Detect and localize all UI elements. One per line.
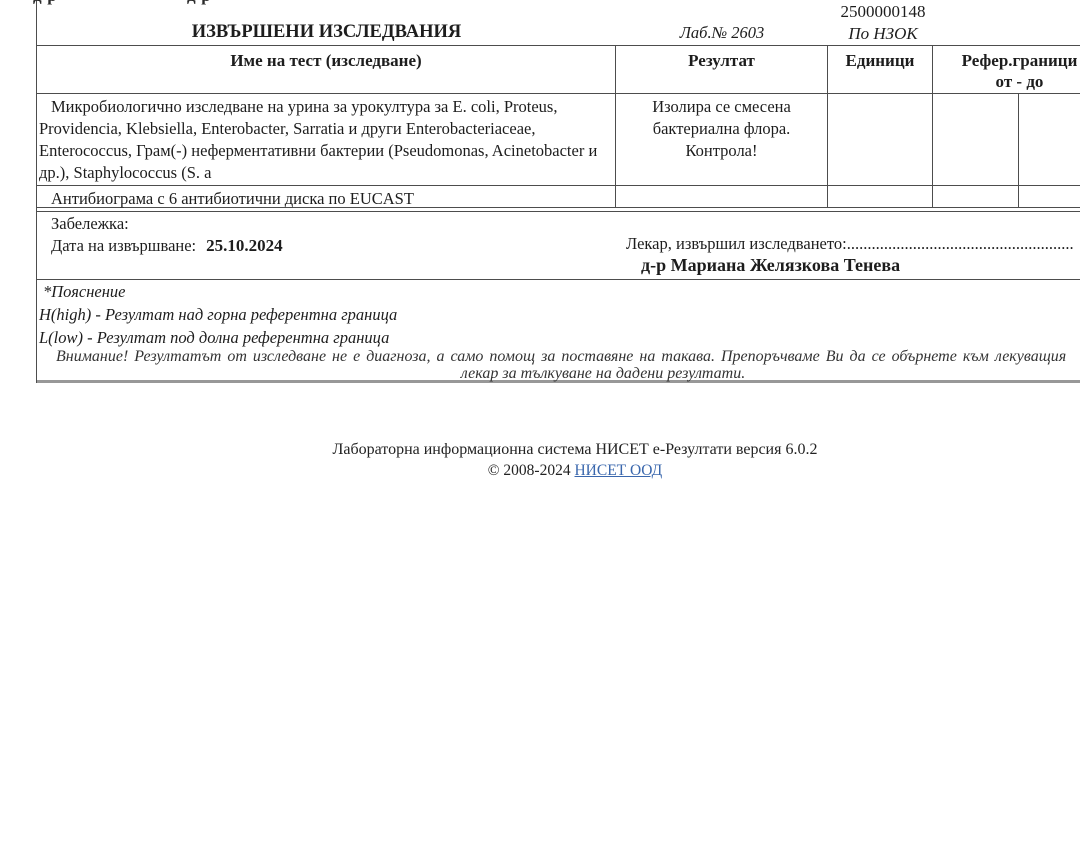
note-section: Забележка: Дата на извършване:25.10.2024…	[37, 211, 1080, 280]
result-cell: Изолира се смесена бактериална флора. Ко…	[616, 94, 828, 185]
lab-report-document: д-р д-р ИЗВЪРШЕНИ ИЗСЛЕДВАНИЯ Лаб.№ 2603…	[36, 0, 1080, 383]
nzok-block: 2500000148 По НЗОК	[801, 1, 965, 44]
ref-from-cell	[933, 186, 1019, 207]
warning-line-2: лекар за тълкуване на дадени резултати.	[461, 365, 745, 383]
doctor-signature-line: Лекар, извършил изследването:...........…	[626, 234, 1074, 254]
date-value: 25.10.2024	[206, 236, 283, 255]
report-title-row: ИЗВЪРШЕНИ ИЗСЛЕДВАНИЯ Лаб.№ 2603 2500000…	[37, 0, 1080, 46]
table-row: Антибиограма с 6 антибиотични диска по E…	[37, 186, 1080, 208]
ref-to-cell	[1019, 94, 1080, 185]
legend-title: *Пояснение	[43, 282, 125, 302]
doctor-name: д-р Мариана Желязкова Тенева	[641, 255, 900, 276]
legend-low-line: L(low) - Резултат под долна референтна г…	[39, 328, 389, 348]
doctor-label: Лекар, извършил изследването:	[626, 234, 847, 253]
units-cell	[828, 186, 933, 207]
column-header-reference: Рефер.граници от - до	[933, 46, 1080, 93]
column-header-reference-line2: от - до	[933, 71, 1080, 92]
lab-number: Лаб.№ 2603	[616, 23, 828, 43]
footer-system-line: Лабораторна информационна система НИСЕТ …	[0, 441, 1080, 459]
footer-copyright-line: © 2008-2024 НИСЕТ ООД	[0, 462, 1080, 480]
column-header-test-name: Име на тест (изследване)	[37, 46, 616, 93]
legend-section: *Пояснение H(high) - Резултат над горна …	[37, 280, 1080, 383]
column-header-reference-line1: Рефер.граници	[933, 50, 1080, 71]
results-table-header: Име на тест (изследване) Резултат Единиц…	[37, 46, 1080, 94]
date-label: Дата на извършване:	[51, 236, 196, 255]
units-cell	[828, 94, 933, 185]
nzok-label: По НЗОК	[801, 23, 965, 45]
legend-high-line: H(high) - Резултат над горна референтна …	[39, 305, 397, 325]
doctor-dots: ........................................…	[847, 234, 1074, 253]
result-cell	[616, 186, 828, 207]
date-of-performance: Дата на извършване:25.10.2024	[51, 236, 283, 256]
ref-from-cell	[933, 94, 1019, 185]
page-footer: Лабораторна информационна система НИСЕТ …	[0, 441, 1080, 480]
section-title: ИЗВЪРШЕНИ ИЗСЛЕДВАНИЯ	[37, 22, 616, 43]
copyright-text: © 2008-2024	[488, 462, 575, 479]
warning-line-1: Внимание! Резултатът от изследване не е …	[56, 348, 1066, 366]
test-name-cell: Антибиограма с 6 антибиотични диска по E…	[37, 186, 616, 207]
table-row: Микробиологично изследване на урина за у…	[37, 94, 1080, 186]
ref-to-cell	[1019, 186, 1080, 207]
test-name-cell: Микробиологично изследване на урина за у…	[37, 94, 616, 185]
column-header-result: Резултат	[616, 46, 828, 93]
note-label: Забележка:	[51, 214, 129, 234]
registration-number: 2500000148	[801, 1, 965, 23]
column-header-units: Единици	[828, 46, 933, 93]
niset-link[interactable]: НИСЕТ ООД	[574, 462, 662, 479]
